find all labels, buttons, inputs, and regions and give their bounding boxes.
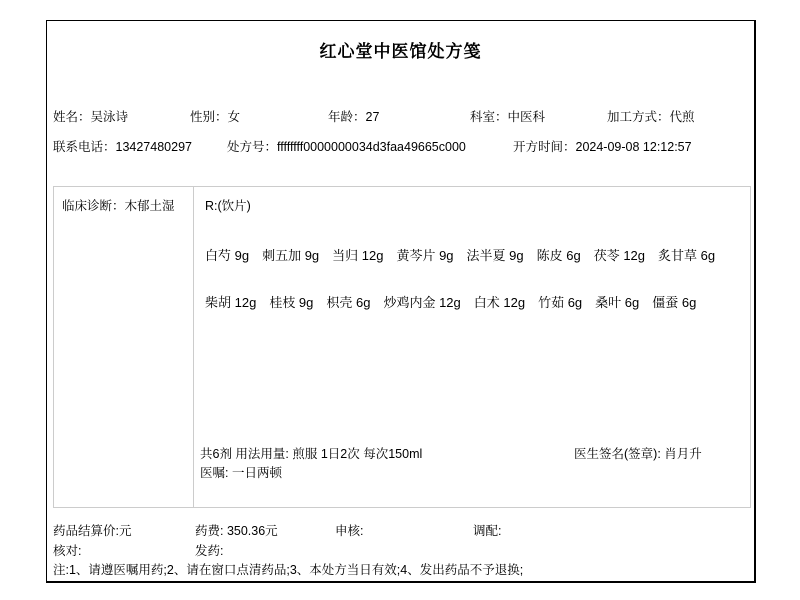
prescription-box: 临床诊断：木郁土湿 R:(饮片) 白芍 9g刺五加 9g当归 12g黄芩片 9g… bbox=[53, 186, 751, 508]
patient-name: 姓名：吴泳诗 bbox=[53, 107, 128, 125]
herb-item: 柴胡 12g bbox=[205, 292, 256, 311]
processing-method: 加工方式：代煎 bbox=[607, 107, 695, 125]
check-label: 核对: bbox=[53, 541, 81, 559]
herb-item: 法半夏 9g bbox=[467, 245, 524, 264]
usage-block: 共6剂 用法用量: 煎服 1日2次 每次150ml 医嘱: 一日两顿 bbox=[200, 445, 422, 483]
herb-item: 当归 12g bbox=[332, 245, 383, 264]
herb-item: 炙甘草 6g bbox=[658, 245, 715, 264]
patient-age: 年龄：27 bbox=[328, 107, 379, 125]
patient-department: 科室：中医科 bbox=[470, 107, 545, 125]
dosage-instructions: 共6剂 用法用量: 煎服 1日2次 每次150ml bbox=[200, 445, 422, 464]
prescription-number: 处方号：ffffffff0000000034d3faa49665c000 bbox=[227, 137, 466, 155]
page-title: 红心堂中医馆处方笺 bbox=[47, 37, 754, 62]
doctor-advice: 医嘱: 一日两顿 bbox=[200, 464, 422, 483]
herb-item: 茯苓 12g bbox=[594, 245, 645, 264]
settlement-price: 药品结算价:元 bbox=[53, 521, 131, 539]
doctor-signature: 医生签名(签章): 肖月升 bbox=[574, 445, 708, 464]
review-label: 申核: bbox=[335, 521, 363, 539]
prescription-sheet: 红心堂中医馆处方笺 姓名：吴泳诗 性别：女 年龄：27 科室：中医科 加工方式：… bbox=[46, 20, 756, 583]
herb-item: 刺五加 9g bbox=[262, 245, 319, 264]
herb-item: 炒鸡内金 12g bbox=[383, 292, 460, 311]
prescription-time: 开方时间：2024-09-08 12:12:57 bbox=[513, 137, 692, 155]
footer-note: 注:1、请遵医嘱用药;2、请在窗口点清药品;3、本处方当日有效;4、发出药品不予… bbox=[53, 560, 523, 578]
herb-item: 白芍 9g bbox=[205, 245, 249, 264]
prescription-content: R:(饮片) 白芍 9g刺五加 9g当归 12g黄芩片 9g法半夏 9g陈皮 6… bbox=[195, 187, 750, 507]
herb-item: 白术 12g bbox=[474, 292, 525, 311]
medicine-fee: 药费: 350.36元 bbox=[195, 521, 278, 539]
herb-item: 陈皮 6g bbox=[537, 245, 581, 264]
herb-item: 桑叶 6g bbox=[595, 292, 639, 311]
dispense-prep-label: 调配: bbox=[473, 521, 501, 539]
patient-gender: 性别：女 bbox=[190, 107, 240, 125]
contact-phone: 联系电话：13427480297 bbox=[53, 137, 192, 155]
herb-row-1: 白芍 9g刺五加 9g当归 12g黄芩片 9g法半夏 9g陈皮 6g茯苓 12g… bbox=[205, 245, 744, 264]
herb-row-2: 柴胡 12g桂枝 9g枳壳 6g炒鸡内金 12g白术 12g竹茹 6g桑叶 6g… bbox=[205, 292, 744, 311]
herb-item: 僵蚕 6g bbox=[652, 292, 696, 311]
herb-item: 黄芩片 9g bbox=[396, 245, 453, 264]
herb-item: 枳壳 6g bbox=[326, 292, 370, 311]
prescription-page: 红心堂中医馆处方笺 姓名：吴泳诗 性别：女 年龄：27 科室：中医科 加工方式：… bbox=[0, 0, 800, 600]
rx-type-label: R:(饮片) bbox=[205, 196, 251, 214]
dispense-label: 发药: bbox=[195, 541, 223, 559]
herb-item: 桂枝 9g bbox=[269, 292, 313, 311]
clinical-diagnosis: 临床诊断：木郁土湿 bbox=[54, 187, 194, 507]
herb-item: 竹茹 6g bbox=[538, 292, 582, 311]
